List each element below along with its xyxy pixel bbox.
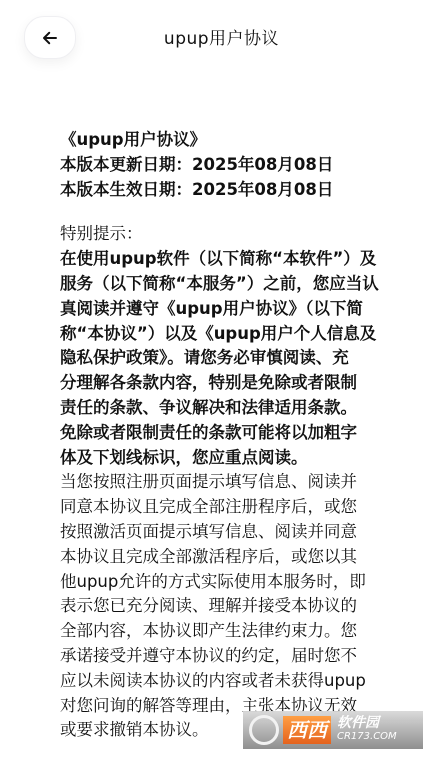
paragraph-line: 隐私保护政策》。请您务必审慎阅读、充 [60,346,410,371]
paragraph-line: 当您按照注册页面提示填写信息、阅读并 [60,470,410,495]
paragraph-line: 体及下划线标识，您应重点阅读。 [60,446,410,471]
notice-label: 特别提示： [60,222,410,247]
paragraph-line: 承诺接受并遵守本协议的约定，届时您不 [60,644,410,669]
paragraph-line: 真阅读并遵守《upup用户协议》（以下简 [60,297,410,322]
paragraph-line: 同意本协议且完成全部注册程序后，或您 [60,495,410,520]
watermark-logo-icon [249,715,279,745]
watermark-text: 软件园 CR173.COM [337,716,397,744]
page-title: upup用户协议 [0,24,443,49]
paragraph-line: 表示您已充分阅读、理解并接受本协议的 [60,594,410,619]
bold-notice-paragraph: 在使用upup软件（以下简称“本软件”）及 服务（以下简称“本服务”）之前，您应… [60,247,410,470]
paragraph-line: 分理解各条款内容，特别是免除或者限制 [60,371,410,396]
paragraph-line: 服务（以下简称“本服务”）之前，您应当认 [60,272,410,297]
watermark-name: 软件园 [337,716,397,730]
watermark-overlay: 西西 软件园 CR173.COM [243,711,423,749]
updated-date: 本版本更新日期：2025年08月08日 [60,153,410,178]
paragraph-line: 称“本协议”）以及《upup用户个人信息及 [60,322,410,347]
watermark-domain: CR173.COM [337,730,397,744]
paragraph-line: 全部内容，本协议即产生法律约束力。您 [60,619,410,644]
paragraph-line: 免除或者限制责任的条款可能将以加粗字 [60,421,410,446]
effective-date: 本版本生效日期：2025年08月08日 [60,178,410,203]
paragraph-line: 本协议且完成全部激活程序后，或您以其 [60,545,410,570]
watermark-brand: 西西 [283,716,331,744]
consent-paragraph: 当您按照注册页面提示填写信息、阅读并 同意本协议且完成全部注册程序后，或您 按照… [60,470,410,743]
paragraph-line: 应以未阅读本协议的内容或者未获得upup [60,669,410,694]
agreement-content: 《upup用户协议》 本版本更新日期：2025年08月08日 本版本生效日期：2… [60,128,410,743]
app-header: upup用户协议 [0,0,443,76]
paragraph-line: 按照激活页面提示填写信息、阅读并同意 [60,520,410,545]
document-title: 《upup用户协议》 [60,128,410,153]
paragraph-line: 责任的条款、争议解决和法律适用条款。 [60,396,410,421]
paragraph-line: 在使用upup软件（以下简称“本软件”）及 [60,247,410,272]
paragraph-line: 他upup允许的方式实际使用本服务时，即 [60,570,410,595]
